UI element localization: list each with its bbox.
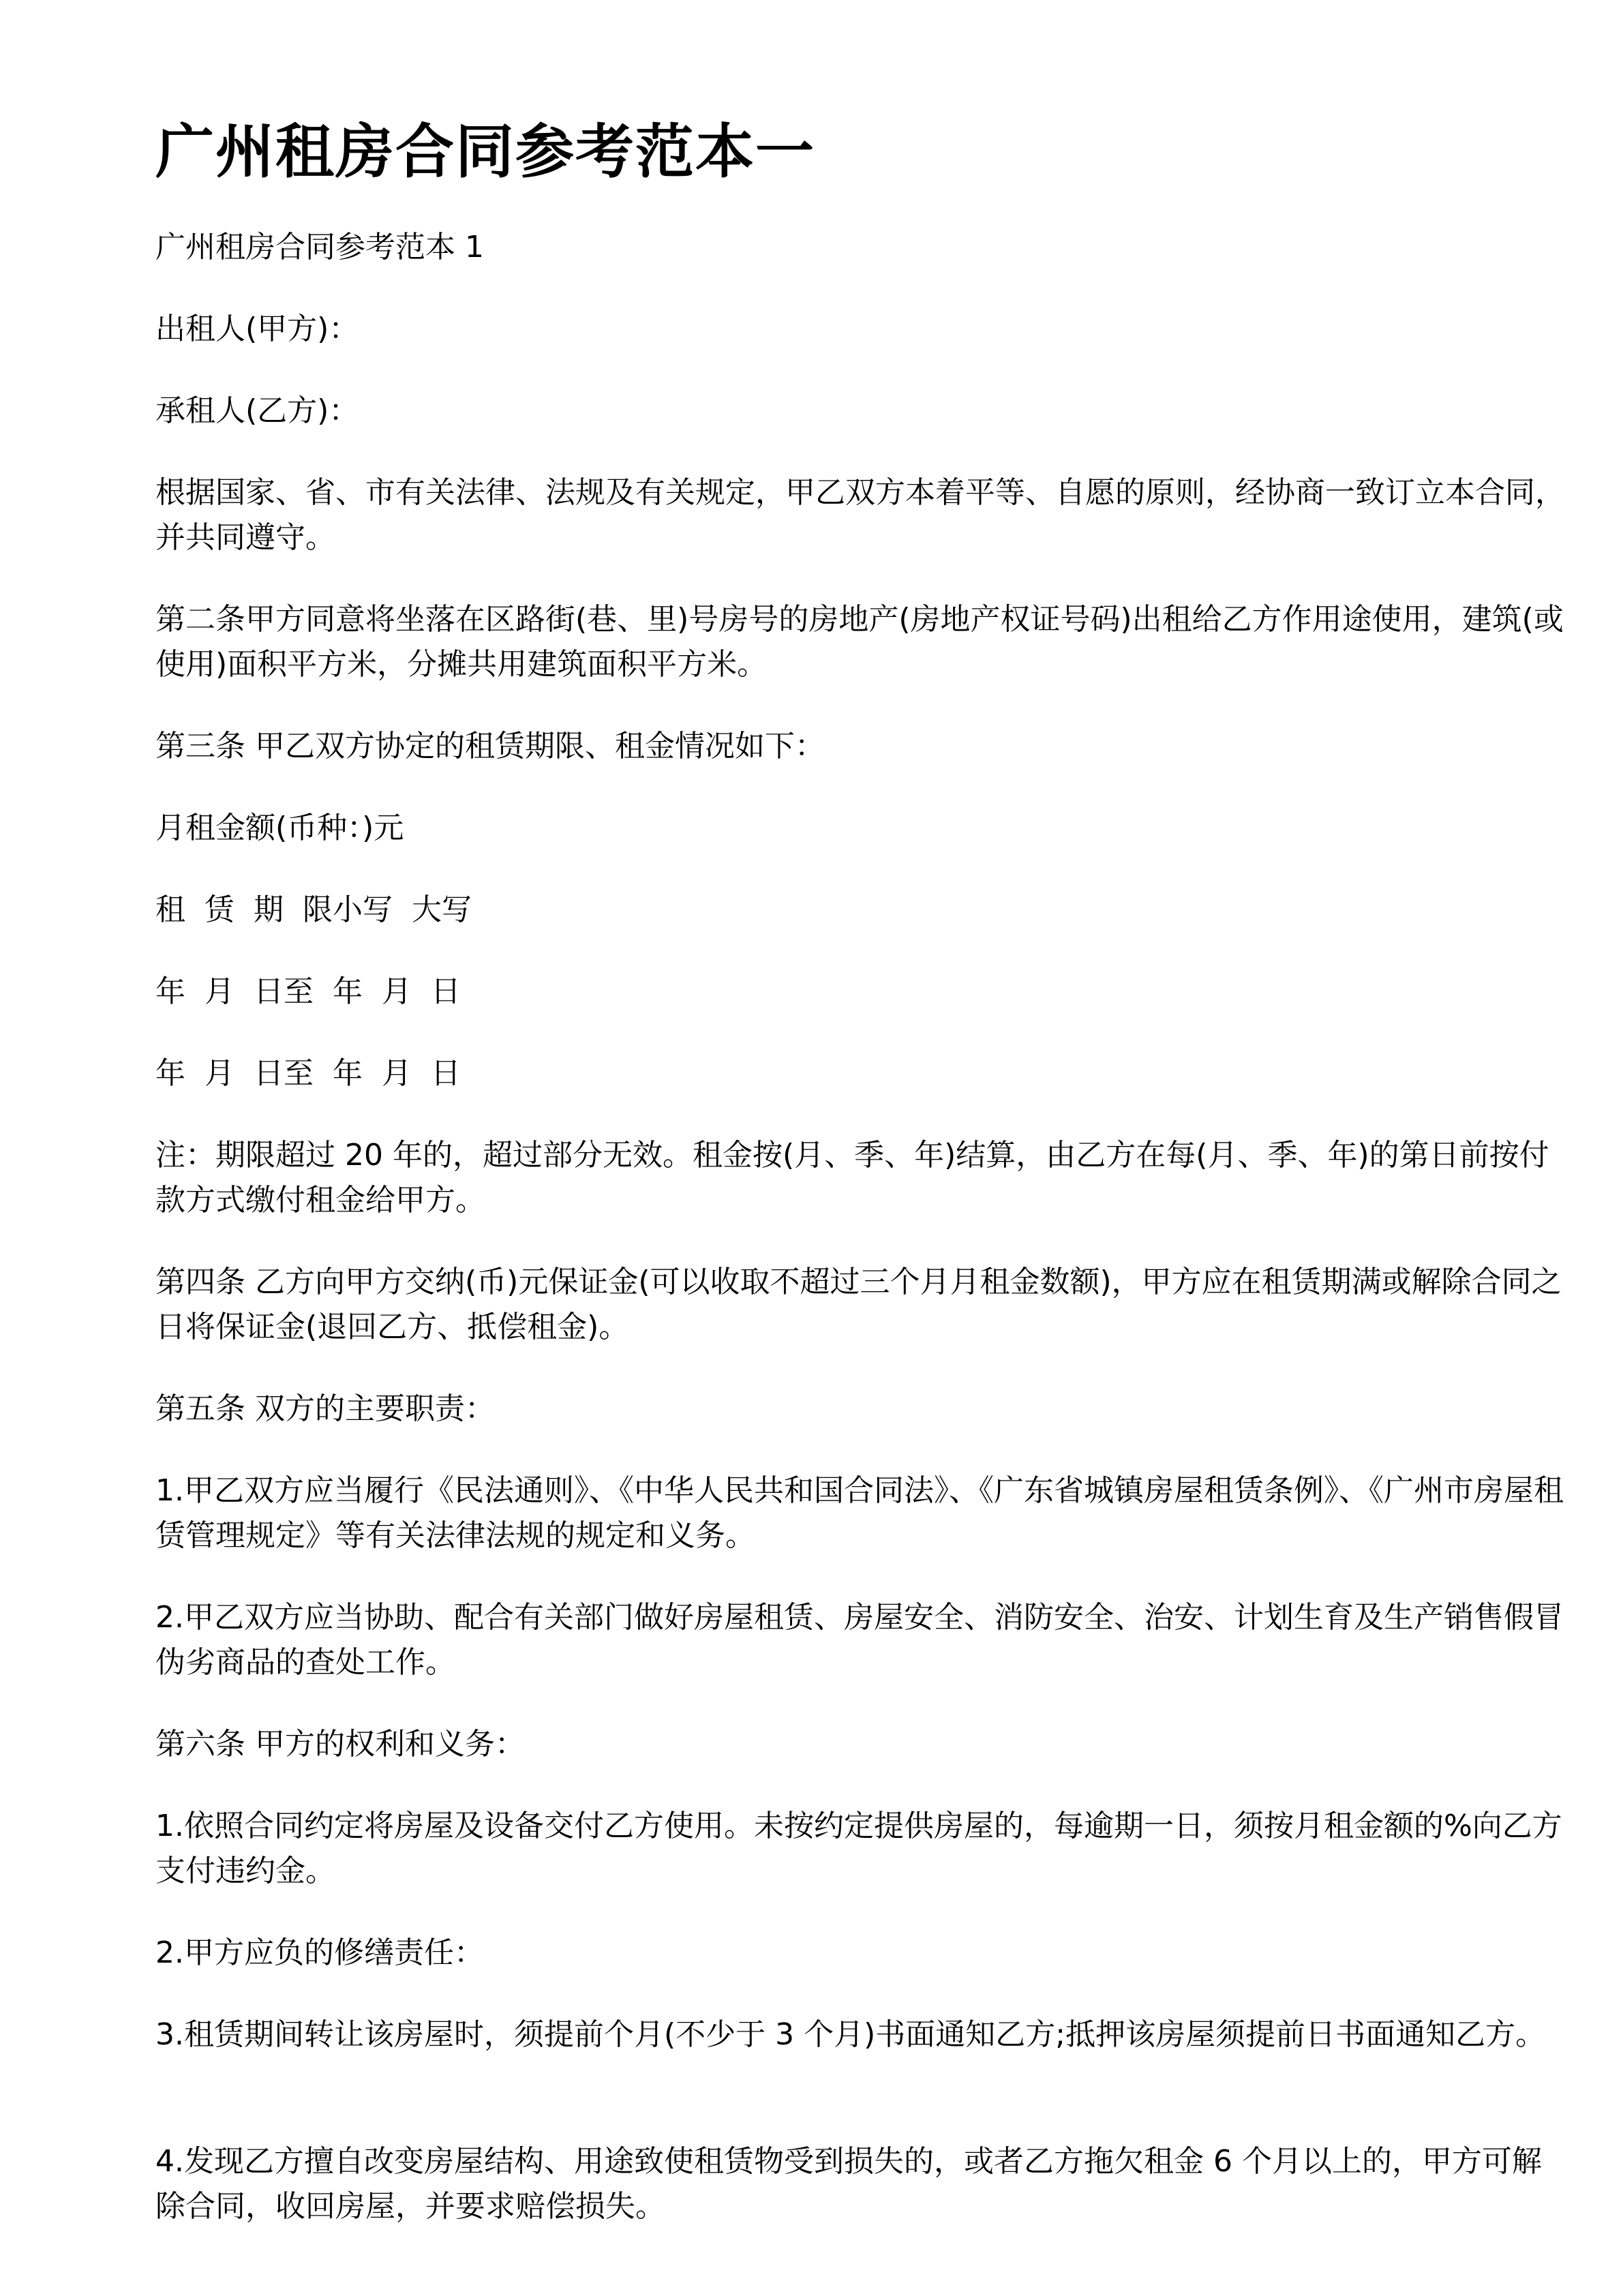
article-6-heading: 第六条 甲方的权利和义务： [155,1722,1570,1767]
article-6-item: 3.租赁期间转让该房屋时，须提前个月(不少于 3 个月)书面通知乙方;抵押该房屋… [155,2012,1570,2057]
document-title: 广州租房合同参考范本一 [155,115,815,190]
article-5-heading: 第五条 双方的主要职责： [155,1387,1570,1432]
document-subtitle: 广州租房合同参考范本 1 [155,225,1570,270]
article-5-item: 1.甲乙双方应当履行《民法通则》、《中华人民共和国合同法》、《广东省城镇房屋租赁… [155,1468,1570,1558]
article-4-paragraph: 第四条 乙方向甲方交纳(币)元保证金(可以收取不超过三个月月租金数额)，甲方应在… [155,1260,1570,1350]
article-3-heading: 第三条 甲乙双方协定的租赁期限、租金情况如下： [155,724,1570,769]
lessor-line: 出租人(甲方)： [155,307,1570,352]
article-6-item: 4.发现乙方擅自改变房屋结构、用途致使租赁物受到损失的，或者乙方拖欠租金 6 个… [155,2139,1570,2229]
date-range-line: 年 月 日至 年 月 日 [155,969,1570,1014]
article-6-item: 1.依照合同约定将房屋及设备交付乙方使用。未按约定提供房屋的，每逾期一日，须按月… [155,1804,1570,1894]
note-paragraph: 注：期限超过 20 年的，超过部分无效。租金按(月、季、年)结算，由乙方在每(月… [155,1133,1570,1223]
monthly-rent-line: 月租金额(币种：)元 [155,806,1570,851]
lessee-line: 承租人(乙方)： [155,389,1570,434]
lease-term-header: 租 赁 期 限小写 大写 [155,888,1570,933]
preamble-paragraph: 根据国家、省、市有关法律、法规及有关规定，甲乙双方本着平等、自愿的原则，经协商一… [155,470,1570,560]
date-range-line: 年 月 日至 年 月 日 [155,1051,1570,1096]
article-5-item: 2.甲乙双方应当协助、配合有关部门做好房屋租赁、房屋安全、消防安全、治安、计划生… [155,1595,1570,1685]
article-2-paragraph: 第二条甲方同意将坐落在区路街(巷、里)号房号的房地产(房地产权证号码)出租给乙方… [155,597,1570,687]
article-6-item: 2.甲方应负的修缮责任： [155,1931,1570,1976]
